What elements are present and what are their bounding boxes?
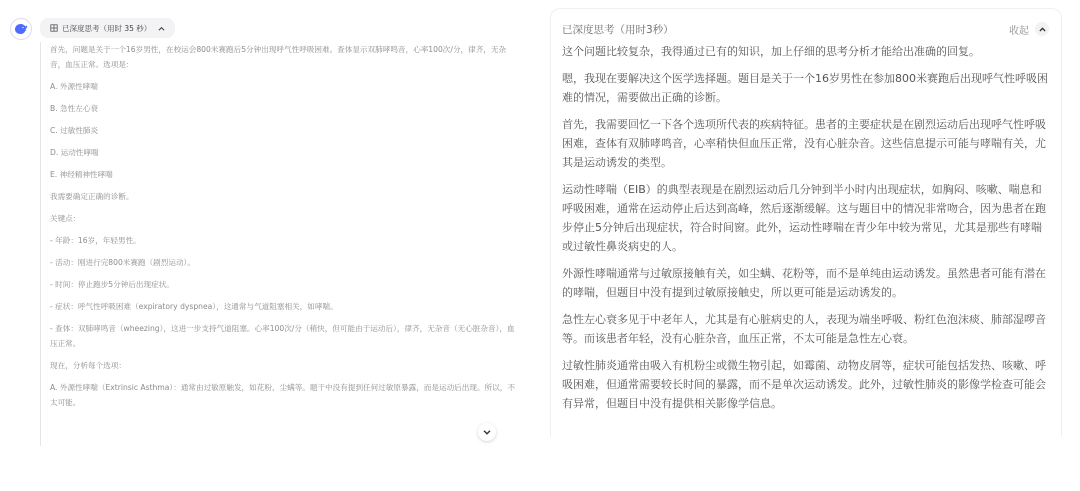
thinking-card-title: 已深度思考（用时3秒） [562,22,674,37]
assistant-avatar [10,18,32,40]
thinking-paragraph: 运动性哮喘（EIB）的典型表现是在剧烈运动后几分钟到半小时内出现症状，如胸闷、咳… [562,180,1052,256]
scroll-to-bottom-button[interactable] [478,423,496,441]
key-point: - 症状：呼气性呼吸困难（expiratory dyspnea），这通常与气道阻… [50,299,520,314]
key-point: - 时间：停止跑步5分钟后出现症状。 [50,277,520,292]
option-d: D. 运动性哮喘 [50,145,520,160]
option-b: B. 急性左心衰 [50,101,520,116]
thinking-paragraph: 首先，问题是关于一个16岁男性，在校运会800米赛跑后5分钟出现呼气性呼吸困难。… [50,42,520,72]
thinking-paragraph: 首先，我需要回忆一下各个选项所代表的疾病特征。患者的主要症状是在剧烈运动后出现呼… [562,115,1052,172]
thinking-paragraph: 现在，分析每个选项： [50,358,520,373]
thinking-toggle-button[interactable]: 已深度思考（用时 35 秒） [40,18,175,38]
option-e: E. 神经精神性哮喘 [50,167,520,182]
chevron-up-icon [158,26,165,31]
thinking-label: 已深度思考（用时 35 秒） [62,23,151,34]
left-chat-panel: 已深度思考（用时 35 秒） 首先，问题是关于一个16岁男性，在校运会800米赛… [0,0,540,491]
thinking-card-content: 这个问题比较复杂，我得通过已有的知识，加上仔细的思考分析才能给出准确的回复。 嗯… [562,42,1052,421]
thinking-paragraph: 嗯，我现在要解决这个医学选择题。题目是关于一个16岁男性在参加800米赛跑后出现… [562,69,1052,107]
collapse-icon-wrap [1035,22,1049,36]
option-c: C. 过敏性肺炎 [50,123,520,138]
option-a: A. 外源性哮喘 [50,79,520,94]
collapse-button[interactable]: 收起 [1009,22,1049,37]
thinking-paragraph: 关键点： [50,211,520,226]
thinking-card-header: 已深度思考（用时3秒） 收起 [562,20,1049,38]
thinking-paragraph: A. 外源性哮喘（Extrinsic Asthma）：通常由过敏原触发，如花粉、… [50,380,520,410]
atom-icon [50,24,58,32]
thinking-paragraph: 急性左心衰多见于中老年人，尤其是有心脏病史的人，表现为端坐呼吸、粉红色泡沫痰、肺… [562,310,1052,348]
key-point: - 活动：刚进行完800米赛跑（剧烈运动）。 [50,255,520,270]
collapse-label: 收起 [1009,22,1029,37]
thinking-paragraph: 过敏性肺炎通常由吸入有机粉尘或微生物引起，如霉菌、动物皮屑等，症状可能包括发热、… [562,356,1052,413]
key-point: - 查体：双肺哮鸣音（wheezing），这进一步支持气道阻塞。心率100次/分… [50,321,520,351]
thinking-paragraph: 我需要确定正确的诊断。 [50,189,520,204]
chevron-up-icon [1039,27,1046,32]
chevron-down-icon [483,430,491,435]
thinking-paragraph: 这个问题比较复杂，我得通过已有的知识，加上仔细的思考分析才能给出准确的回复。 [562,42,1052,61]
key-point: - 年龄：16岁，年轻男性。 [50,233,520,248]
thinking-content: 首先，问题是关于一个16岁男性，在校运会800米赛跑后5分钟出现呼气性呼吸困难。… [40,42,520,446]
thinking-paragraph: 外源性哮喘通常与过敏原接触有关，如尘螨、花粉等，而不是单纯由运动诱发。虽然患者可… [562,264,1052,302]
whale-logo-icon [14,23,28,35]
right-thinking-card: 已深度思考（用时3秒） 收起 这个问题比较复杂，我得通过已有的知识，加上仔细的思… [550,8,1062,437]
